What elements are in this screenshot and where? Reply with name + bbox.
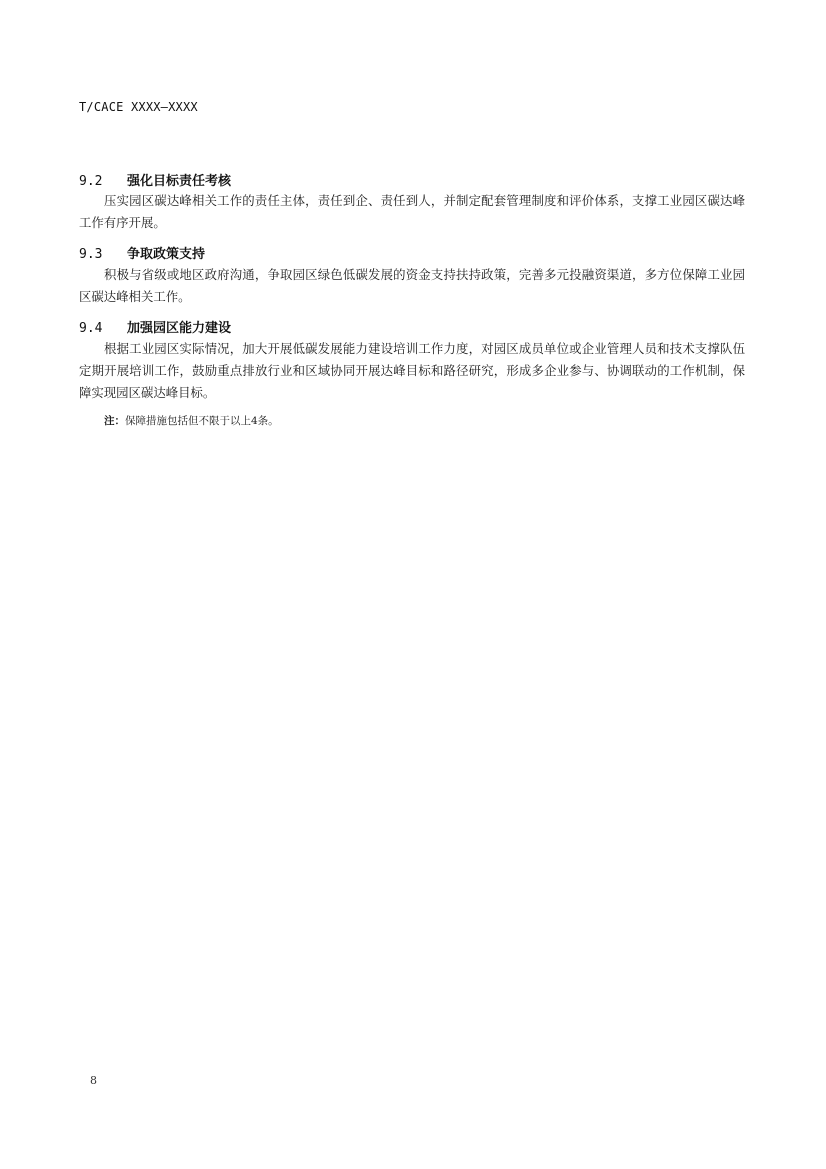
section-title-text: 争取政策支持 bbox=[127, 247, 205, 262]
section-title-text: 强化目标责任考核 bbox=[127, 174, 231, 189]
section-number: 9.2 bbox=[79, 174, 127, 189]
note-label: 注： bbox=[104, 415, 125, 427]
section-number: 9.3 bbox=[79, 247, 127, 262]
section-body-9-2: 压实园区碳达峰相关工作的责任主体，责任到企、责任到人，并制定配套管理制度和评价体… bbox=[79, 190, 745, 234]
section-body-9-4: 根据工业园区实际情况，加大开展低碳发展能力建设培训工作力度，对园区成员单位或企业… bbox=[79, 338, 745, 404]
page-number: 8 bbox=[90, 1074, 97, 1087]
section-body-9-3: 积极与省级或地区政府沟通，争取园区绿色低碳发展的资金支持扶持政策，完善多元投融资… bbox=[79, 264, 745, 308]
section-number: 9.4 bbox=[79, 321, 127, 336]
note: 注：保障措施包括但不限于以上4条。 bbox=[104, 413, 279, 428]
standard-code-header: T/CACE XXXX—XXXX bbox=[79, 100, 198, 114]
section-heading-9-4: 9.4加强园区能力建设 bbox=[79, 317, 231, 336]
section-title-text: 加强园区能力建设 bbox=[127, 321, 231, 336]
section-heading-9-3: 9.3争取政策支持 bbox=[79, 243, 205, 262]
section-heading-9-2: 9.2强化目标责任考核 bbox=[79, 170, 231, 189]
note-text: 保障措施包括但不限于以上4条。 bbox=[125, 415, 279, 427]
